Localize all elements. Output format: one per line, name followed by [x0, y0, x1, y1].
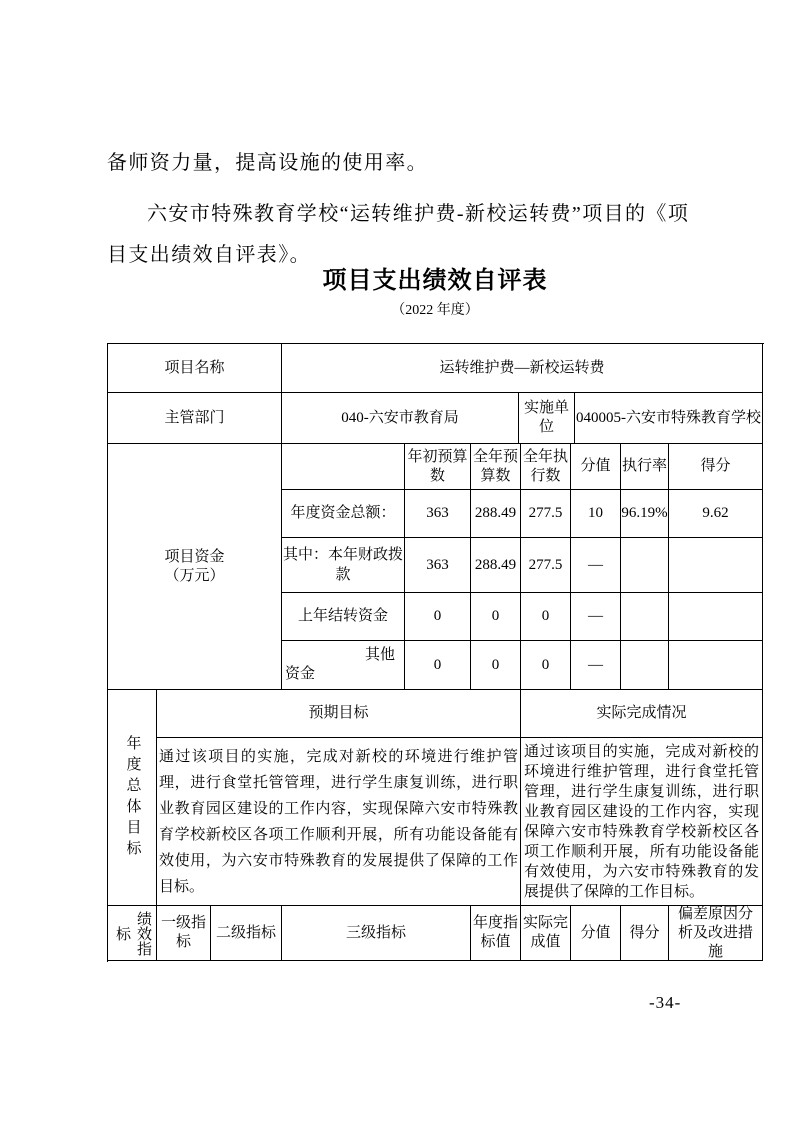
cell-funding-row2-rate [621, 593, 669, 641]
performance-side-label-text: 绩效指标 [111, 909, 153, 957]
cell-implement-unit-label: 实施单位 [519, 393, 575, 444]
cell-perf-header-actual-value: 实际完成值 [521, 906, 571, 961]
funding-side-label-line2: （万元） [164, 567, 224, 586]
cell-funding-row3-weight: — [571, 641, 621, 690]
cell-expected-goal-text: 通过该项目的实施，完成对新校的环境进行维护管理，进行食堂托管管理，进行学生康复训… [157, 738, 521, 906]
cell-funding-row2-score [669, 593, 763, 641]
cell-funding-row2-initial: 0 [405, 593, 471, 641]
cell-funding-row1-initial: 363 [405, 538, 471, 593]
cell-funding-row1-budget: 288.49 [471, 538, 521, 593]
cell-perf-header-level2: 二级指标 [211, 906, 282, 961]
cell-performance-side-label: 绩效指标 [108, 906, 157, 961]
cell-funding-row1-label: 其中：本年财政拨款 [282, 538, 405, 593]
cell-perf-header-level3: 三级指标 [282, 906, 471, 961]
cell-perf-header-score: 得分 [621, 906, 669, 961]
cell-funding-header-year-execution: 全年执行数 [521, 444, 571, 490]
self-eval-table: 项目名称 运转维护费—新校运转费 主管部门 040-六安市教育局 实施单位 04… [107, 343, 764, 962]
cell-funding-row1-execution: 277.5 [521, 538, 571, 593]
annual-goal-side-label-text: 年度总体目标 [123, 735, 142, 861]
cell-expected-goal-header: 预期目标 [157, 690, 521, 738]
cell-funding-row0-score: 9.62 [669, 490, 763, 538]
cell-funding-header-year-budget: 全年预算数 [471, 444, 521, 490]
cell-funding-header-execution-rate: 执行率 [621, 444, 669, 490]
funding-side-label-line1: 项目资金 [164, 548, 224, 567]
document-page: 备师资力量，提高设施的使用率。 六安市特殊教育学校“运转维护费-新校运转费”项目… [0, 0, 793, 1122]
cell-project-name-label: 项目名称 [108, 344, 282, 393]
cell-funding-row3-initial: 0 [405, 641, 471, 690]
cell-actual-completion-header: 实际完成情况 [521, 690, 763, 738]
cell-funding-row1-rate [621, 538, 669, 593]
cell-funding-row1-score [669, 538, 763, 593]
cell-department-label: 主管部门 [108, 393, 282, 444]
cell-funding-row2-execution: 0 [521, 593, 571, 641]
cell-funding-row3-budget: 0 [471, 641, 521, 690]
cell-funding-row0-execution: 277.5 [521, 490, 571, 538]
cell-funding-row3-rate [621, 641, 669, 690]
cell-funding-row0-rate: 96.19% [621, 490, 669, 538]
cell-funding-row0-budget: 288.49 [471, 490, 521, 538]
cell-funding-row3-execution: 0 [521, 641, 571, 690]
cell-funding-row2-label: 上年结转资金 [282, 593, 405, 641]
cell-perf-header-deviation: 偏差原因分析及改进措施 [669, 906, 763, 961]
cell-funding-row2-budget: 0 [471, 593, 521, 641]
funding-row3-label-line2: 资金 [282, 665, 404, 684]
actual-completion-text: 通过该项目的实施，完成对新校的环境进行维护管理，进行食堂托管管理，进行学生康复训… [524, 742, 759, 902]
cell-funding-row3-label: 其他 资金 [282, 641, 405, 690]
cell-department-value: 040-六安市教育局 [282, 393, 519, 444]
funding-row3-label-line1: 其他 [282, 646, 404, 665]
page-subtitle: （2022 年度） [107, 299, 763, 319]
cell-annual-goal-side-label: 年度总体目标 [108, 690, 157, 906]
cell-funding-row2-weight: — [571, 593, 621, 641]
cell-funding-row0-label: 年度资金总额： [282, 490, 405, 538]
cell-perf-header-score-weight: 分值 [571, 906, 621, 961]
expected-goal-text: 通过该项目的实施，完成对新校的环境进行维护管理，进行食堂托管管理，进行学生康复训… [159, 744, 518, 900]
page-number: -34- [649, 993, 681, 1013]
cell-funding-side-label: 项目资金 （万元） [108, 444, 282, 690]
intro-line-1: 备师资力量，提高设施的使用率。 [107, 146, 428, 175]
cell-funding-row0-weight: 10 [571, 490, 621, 538]
cell-actual-completion-text: 通过该项目的实施，完成对新校的环境进行维护管理，进行食堂托管管理，进行学生康复训… [521, 738, 763, 906]
cell-funding-header-initial-budget: 年初预算数 [405, 444, 471, 490]
cell-funding-header-score: 得分 [669, 444, 763, 490]
cell-funding-row3-score [669, 641, 763, 690]
page-title: 项目支出绩效自评表 [107, 260, 763, 295]
cell-funding-header-blank [282, 444, 405, 490]
cell-funding-header-score-weight: 分值 [571, 444, 621, 490]
cell-funding-row0-initial: 363 [405, 490, 471, 538]
cell-implement-unit-value: 040005-六安市特殊教育学校 [575, 393, 763, 444]
cell-funding-row1-weight: — [571, 538, 621, 593]
cell-project-name-value: 运转维护费—新校运转费 [282, 344, 763, 393]
intro-line-2: 六安市特殊教育学校“运转维护费-新校运转费”项目的《项 [147, 197, 689, 226]
cell-perf-header-annual-target: 年度指标值 [471, 906, 521, 961]
cell-perf-header-level1: 一级指标 [157, 906, 211, 961]
